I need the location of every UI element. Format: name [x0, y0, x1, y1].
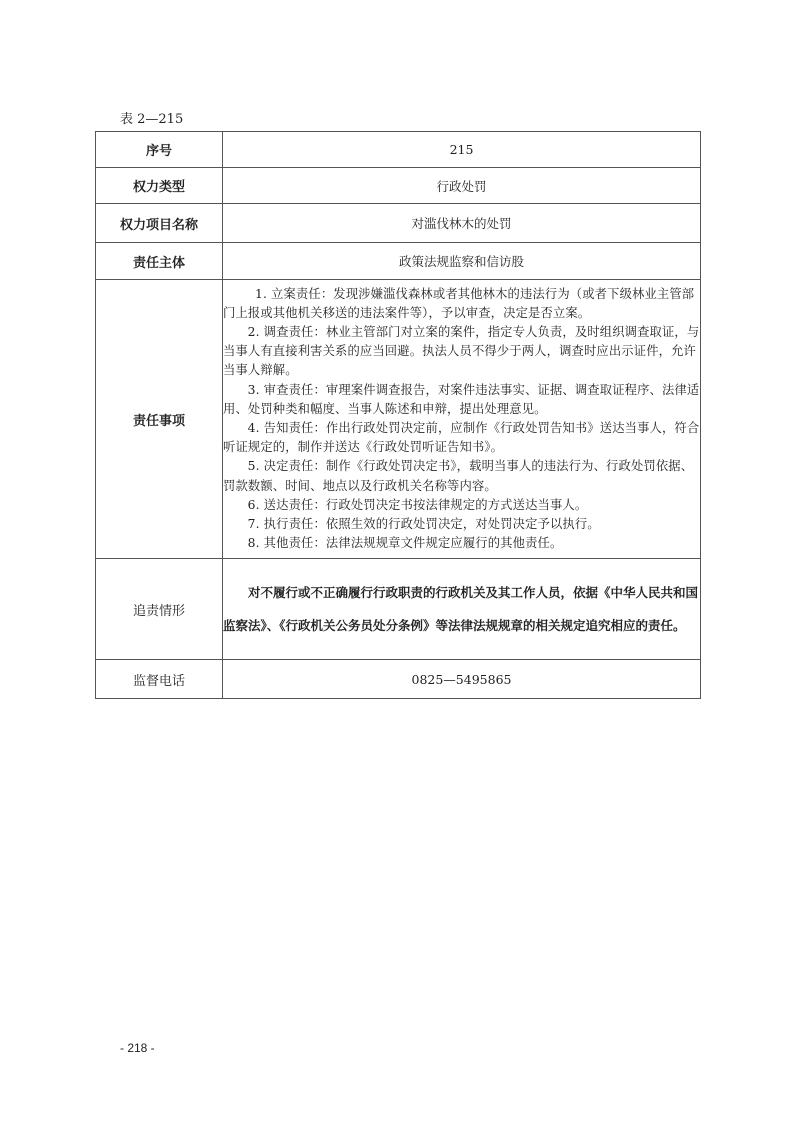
table-row-accountability: 追责情形 对不履行或不正确履行行政职责的行政机关及其工作人员，依据《中华人民共和… [96, 559, 701, 660]
duties-list: 1. 立案责任：发现涉嫌滥伐森林或者其他林木的违法行为（或者下级林业主管部门上报… [223, 280, 701, 559]
phone-value: 0825—5495865 [223, 660, 701, 699]
duty-item: 6. 送达责任：行政处罚决定书按法律规定的方式送达当事人。 [223, 496, 700, 515]
duty-item: 8. 其他责任：法律法规规章文件规定应履行的其他责任。 [223, 534, 700, 553]
table-row-duties: 责任事项 1. 立案责任：发现涉嫌滥伐森林或者其他林木的违法行为（或者下级林业主… [96, 280, 701, 559]
table-row-item-name: 权力项目名称 对滥伐林木的处罚 [96, 204, 701, 243]
duty-item: 2. 调查责任：林业主管部门对立案的案件，指定专人负责，及时组织调查取证，与当事… [223, 323, 700, 381]
item-name-label: 权力项目名称 [96, 204, 223, 243]
duty-item: 3. 审查责任：审理案件调查报告，对案件违法事实、证据、调查取证程序、法律适用、… [223, 381, 700, 419]
serial-label: 序号 [96, 132, 223, 168]
duty-item: 7. 执行责任：依照生效的行政处罚决定，对处罚决定予以执行。 [223, 515, 700, 534]
duty-item: 4. 告知责任：作出行政处罚决定前，应制作《行政处罚告知书》送达当事人，符合听证… [223, 419, 700, 457]
subject-value: 政策法规监察和信访股 [223, 243, 701, 280]
phone-label: 监督电话 [96, 660, 223, 699]
table-row-serial: 序号 215 [96, 132, 701, 168]
page-number: - 218 - [120, 1041, 155, 1055]
subject-label: 责任主体 [96, 243, 223, 280]
duties-label: 责任事项 [96, 280, 223, 559]
responsibility-table: 序号 215 权力类型 行政处罚 权力项目名称 对滥伐林木的处罚 责任主体 政策… [95, 131, 701, 699]
accountability-label: 追责情形 [96, 559, 223, 660]
table-caption: 表 2—215 [120, 108, 183, 127]
power-type-label: 权力类型 [96, 168, 223, 204]
duty-item: 1. 立案责任：发现涉嫌滥伐森林或者其他林木的违法行为（或者下级林业主管部门上报… [223, 285, 700, 323]
table-row-subject: 责任主体 政策法规监察和信访股 [96, 243, 701, 280]
power-type-value: 行政处罚 [223, 168, 701, 204]
serial-value: 215 [223, 132, 701, 168]
table-row-power-type: 权力类型 行政处罚 [96, 168, 701, 204]
accountability-value: 对不履行或不正确履行行政职责的行政机关及其工作人员，依据《中华人民共和国监察法》… [223, 559, 701, 660]
item-name-value: 对滥伐林木的处罚 [223, 204, 701, 243]
table-row-phone: 监督电话 0825—5495865 [96, 660, 701, 699]
duty-item: 5. 决定责任：制作《行政处罚决定书》，载明当事人的违法行为、行政处罚依据、罚款… [223, 457, 700, 495]
